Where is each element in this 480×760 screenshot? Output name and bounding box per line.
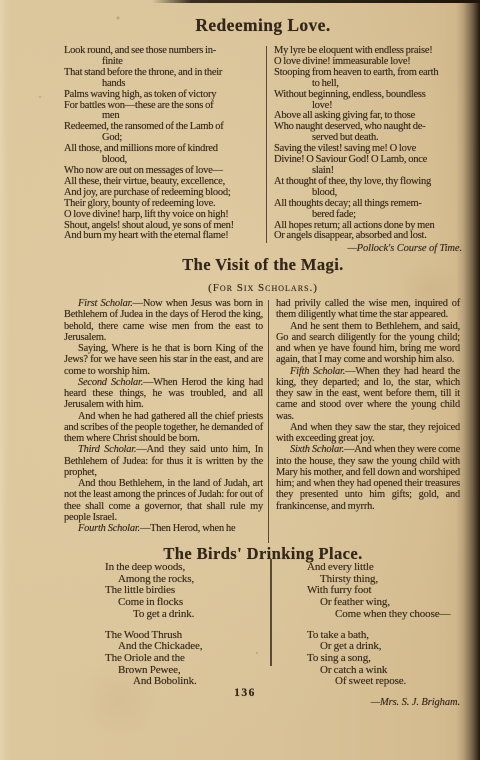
prose-paragraph: Fourth Scholar.—Then Herod, when he [64, 523, 263, 534]
poem-line: In the deep woods, [105, 562, 265, 574]
poem-line: Come when they choose— [307, 609, 460, 621]
poem-line: Without beginning, endless, boundless [274, 90, 462, 101]
birds-left-column: In the deep woods,Among the rocks,The li… [105, 562, 265, 697]
prose-paragraph: had privily called the wise men, inquire… [276, 298, 460, 321]
stanza: To take a bath,Or get a drink,To sing a … [307, 630, 460, 689]
prose-paragraph: Fifth Scholar.—When they had heard the k… [276, 366, 460, 422]
hymn-title-redeeming-love: Redeeming Love. [64, 15, 462, 36]
redeeming-right-lines: My lyre be eloquent with endless praise!… [274, 46, 462, 242]
prose-paragraph: And when he had gathered all the chief p… [64, 411, 263, 445]
scholar-label: Sixth Scholar. [290, 444, 344, 455]
poem-line: bered fade; [274, 210, 462, 221]
prose-paragraph: Second Scholar.—When Herod the king had … [64, 377, 263, 411]
stanza: In the deep woods,Among the rocks,The li… [105, 562, 265, 621]
scholar-label: Second Scholar. [78, 377, 143, 388]
poem-line: Their glory, bounty of redeeming love. [64, 199, 264, 210]
scholar-label: First Scholar. [78, 298, 133, 309]
scholar-label: Fifth Scholar. [290, 366, 345, 377]
column-divider [268, 300, 269, 543]
poem-line: To get a drink. [105, 609, 265, 621]
poem-line: The Oriole and the [105, 653, 265, 665]
poem-line: At thought of thee, thy love, thy flowin… [274, 177, 462, 188]
poem-line: And every little [307, 562, 460, 574]
prose-paragraph: And thou Bethlehem, in the land of Judah… [64, 478, 263, 523]
poem-line: That stand before the throne, and in the… [64, 68, 264, 79]
birds-right-stanzas: And every littleThirsty thing,With furry… [307, 562, 460, 688]
poem-line: to hell, [274, 79, 462, 90]
magi-left-column: First Scholar.—Now when Jesus was born i… [64, 298, 263, 534]
column-divider [270, 559, 272, 666]
stanza: The Wood ThrushAnd the Chickadee,The Ori… [105, 630, 265, 689]
book-page: Redeeming Love. Look round, and see thos… [0, 0, 480, 760]
poem-line: Palms waving high, as token of victory [64, 90, 264, 101]
page-number: 136 [64, 687, 426, 699]
redeeming-right-column: My lyre be eloquent with endless praise!… [274, 46, 462, 254]
poem-line: Stooping from heaven to earth, from eart… [274, 68, 462, 79]
poem-line: And burn my heart with the eternal flame… [64, 231, 264, 242]
poem-line: Look round, and see those numbers in- [64, 46, 264, 57]
poem-line: O love divine! harp, lift thy voice on h… [64, 210, 264, 221]
prose-paragraph: First Scholar.—Now when Jesus was born i… [64, 298, 263, 343]
attribution-pollock: —Pollock's Course of Time. [274, 243, 462, 254]
section-subtitle-magi: (For Six Scholars.) [64, 282, 462, 294]
prose-paragraph: Third Scholar.—And they said unto him, I… [64, 444, 263, 478]
page-left-edge [0, 0, 14, 760]
poem-line: Or angels disappear, absorbed and lost. [274, 231, 462, 242]
poem-line: hands [64, 79, 264, 90]
prose-paragraph: And he sent them to Bethlehem, and said,… [276, 321, 460, 366]
poem-line: For battles won—these are the sons of [64, 101, 264, 112]
prose-paragraph: Sixth Scholar.—And when they were come i… [276, 444, 460, 512]
prose-paragraph: And when they saw the star, they rejoice… [276, 422, 460, 445]
poem-line: Divine! O Saviour God! O Lamb, once [274, 155, 462, 166]
redeeming-left-column: Look round, and see those numbers in-fin… [64, 46, 264, 242]
scholar-label: Third Scholar. [78, 444, 136, 455]
poem-line: All those, and millions more of kindred [64, 144, 264, 155]
section-title-magi: The Visit of the Magi. [64, 255, 462, 275]
poem-line: All thoughts decay; all things remem- [274, 199, 462, 210]
page-top-edge-line [152, 0, 480, 3]
column-divider [266, 46, 267, 243]
poem-line: Redeemed, the ransomed of the Lamb of [64, 122, 264, 133]
prose-paragraph: Saying, Where is he that is born King of… [64, 343, 263, 377]
poem-line: To sing a song, [307, 653, 460, 665]
magi-right-column: had privily called the wise men, inquire… [276, 298, 460, 512]
stanza: And every littleThirsty thing,With furry… [307, 562, 460, 621]
scholar-label: Fourth Scholar. [78, 523, 140, 534]
